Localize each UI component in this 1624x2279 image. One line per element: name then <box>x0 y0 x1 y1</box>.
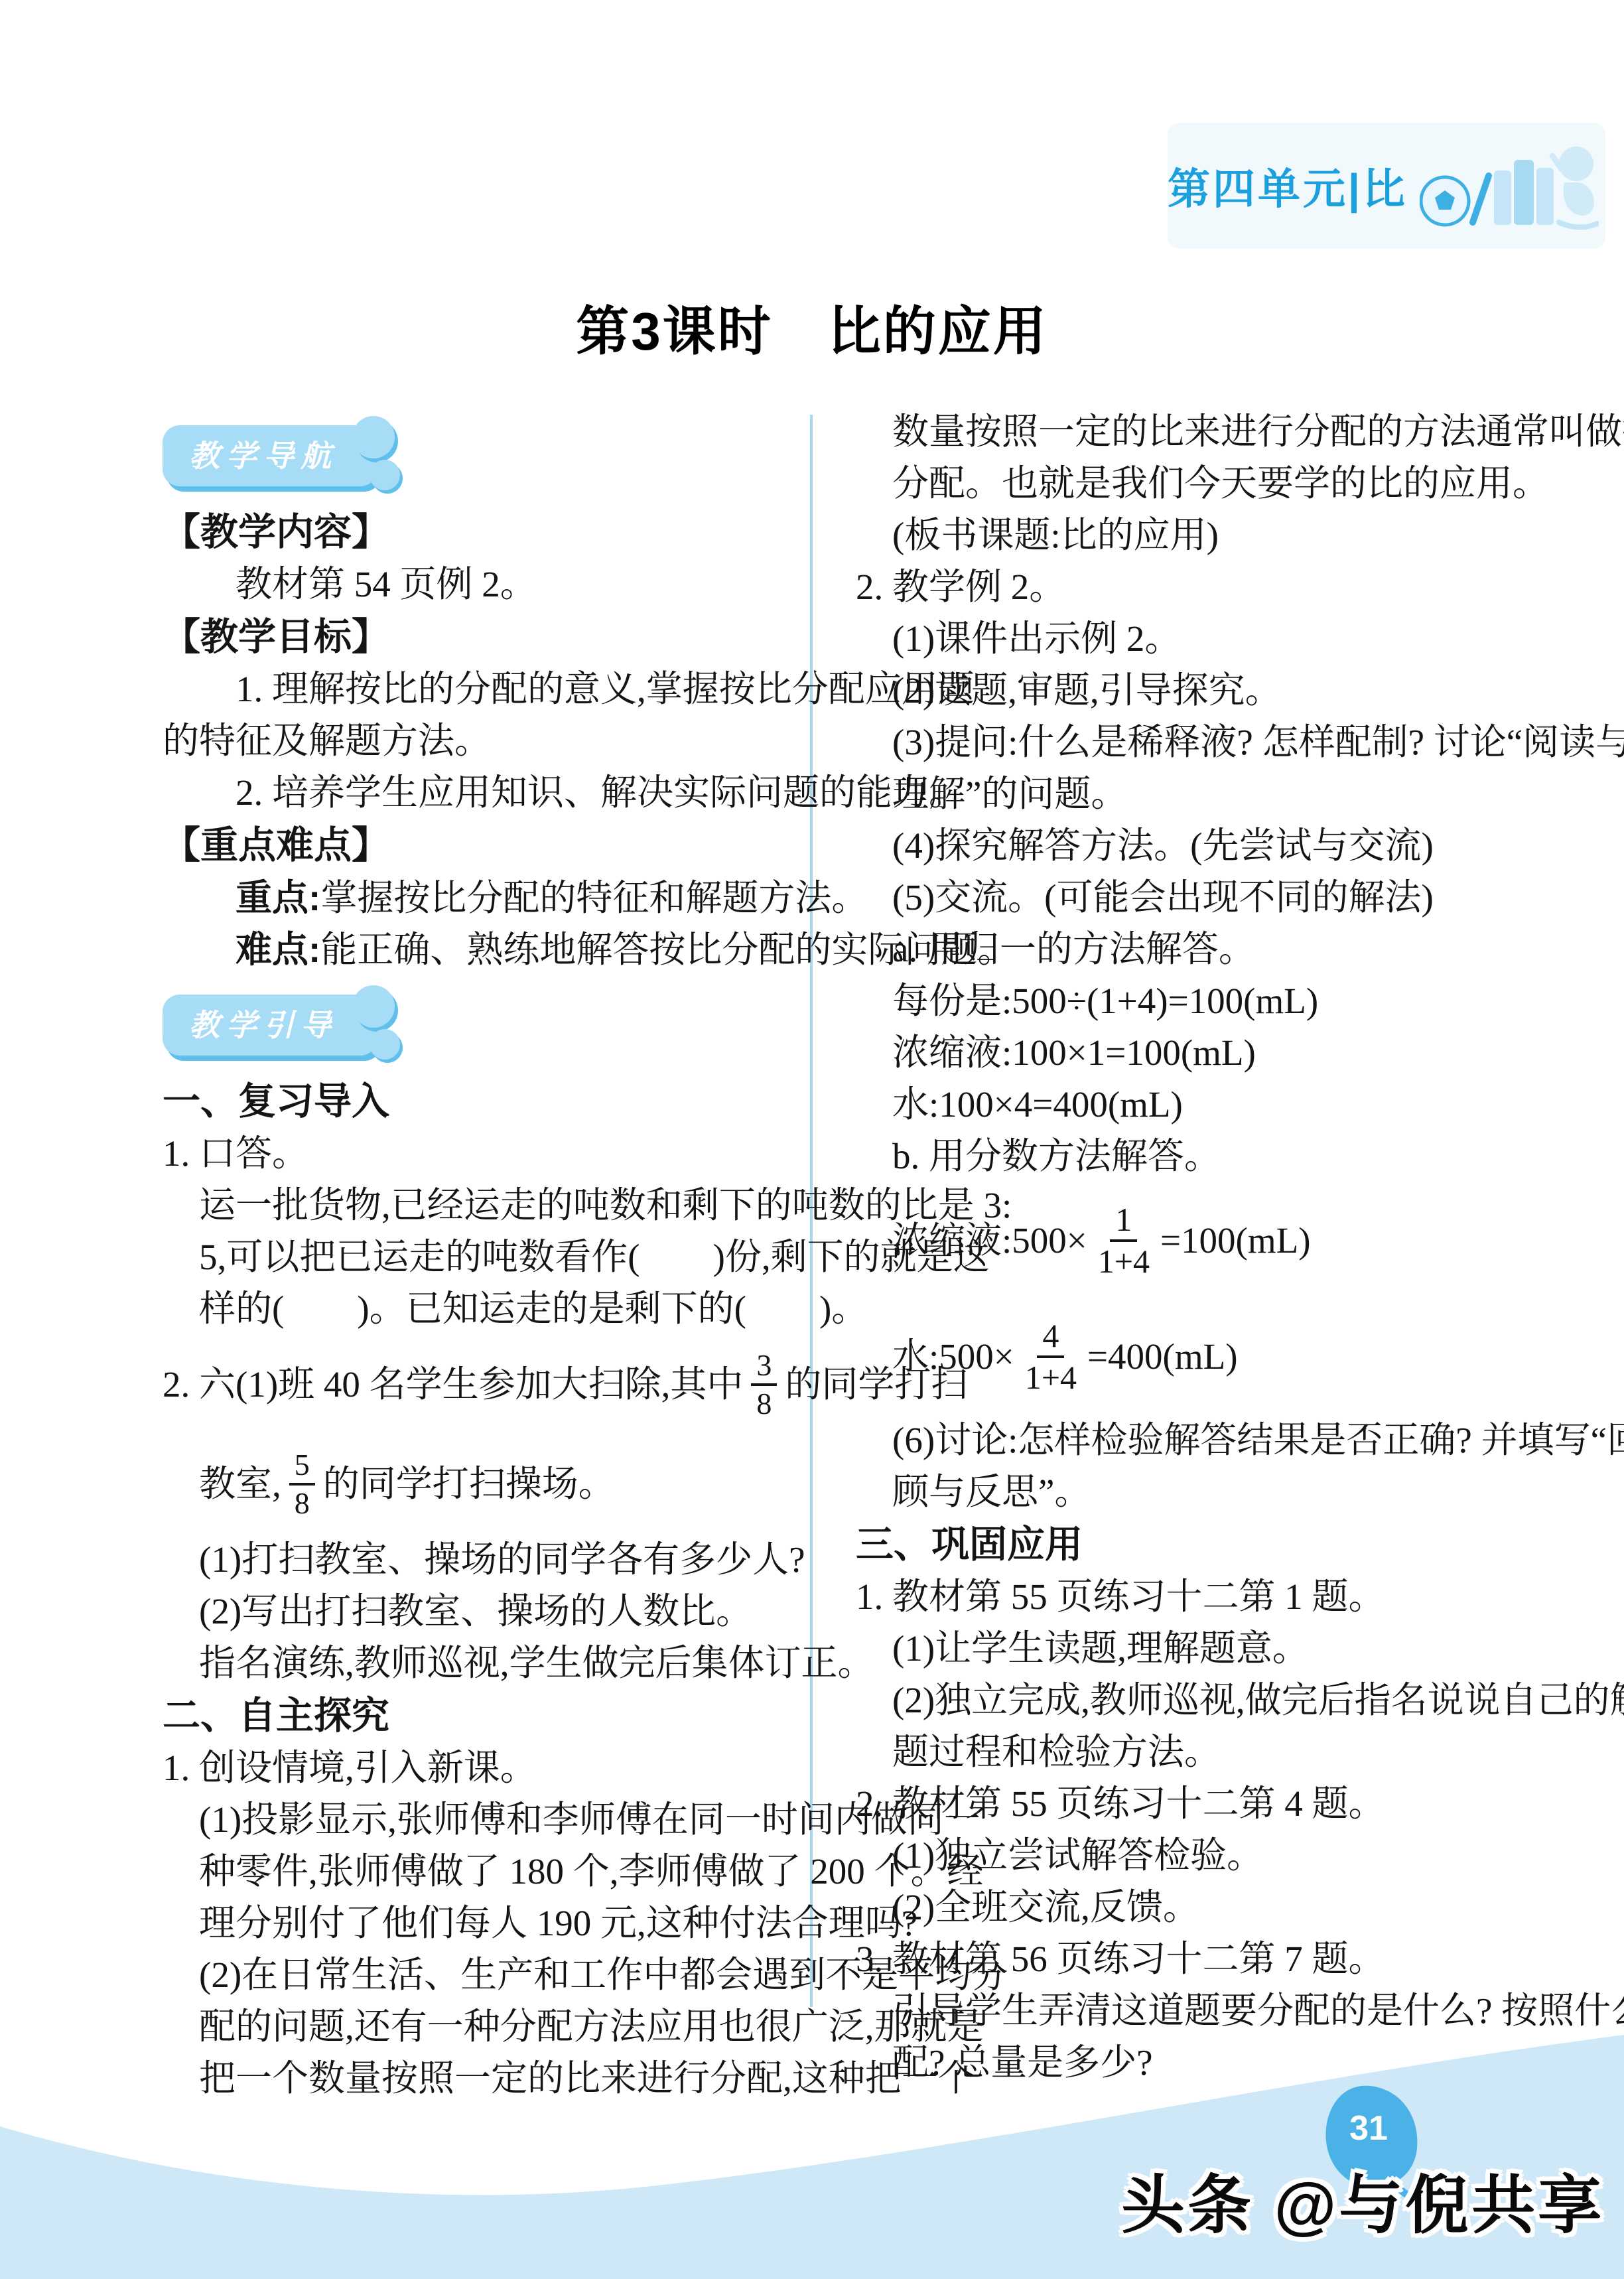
section-consolidation: 三、巩固应用 <box>856 1518 1473 1571</box>
heading-teaching-content: 【教学内容】 <box>163 506 783 559</box>
text-line: (2)写出打扫教室、操场的人数比。 <box>163 1586 783 1637</box>
difficulty-line: 难点:能正确、熟练地解答按比分配的实际问题。 <box>163 924 783 975</box>
text-line: 种零件,张师傅做了 180 个,李师傅做了 200 个。经 <box>163 1846 783 1898</box>
text-line-with-fraction: 2. 六(1)班 40 名学生参加大扫除,其中 38 的同学打扫 <box>163 1335 783 1434</box>
book-icon <box>1494 171 1511 225</box>
page-title: 第3课时 比的应用 <box>0 289 1624 365</box>
cartoon-character-icon <box>1559 147 1593 181</box>
pencil-icon <box>1473 176 1489 222</box>
text-line: 分配。也就是我们今天要学的比的应用。 <box>856 458 1473 510</box>
text-line: 运一批货物,已经运走的吨数和剩下的吨数的比是 3: <box>163 1180 783 1231</box>
text-line: 指名演练,教师巡视,学生做完后集体订正。 <box>163 1637 783 1689</box>
text-line: (1)独立尝试解答检验。 <box>856 1830 1473 1882</box>
badge-label: 教学导航 <box>189 439 338 473</box>
text-line: 2. 教材第 55 页练习十二第 4 题。 <box>856 1778 1473 1830</box>
text-line: 1. 教材第 55 页练习十二第 1 题。 <box>856 1571 1473 1623</box>
teaching-guide-badge: 教学引导 <box>163 975 783 1075</box>
text-line: 题过程和检验方法。 <box>856 1726 1473 1778</box>
text-line: 2. 培养学生应用知识、解决实际问题的能力。 <box>163 767 783 819</box>
text-line: (1)投影显示,张师傅和李师傅在同一时间内做同一 <box>163 1794 783 1846</box>
text-line: (1)打扫教室、操场的同学各有多少人? <box>163 1534 783 1586</box>
header-illustration-icon <box>1420 129 1599 242</box>
text-line: (2)在日常生活、生产和工作中都会遇到不是平均分 <box>163 1949 783 2001</box>
page-number: 31 <box>1319 2108 1418 2148</box>
heading-key-points: 【重点难点】 <box>163 819 783 872</box>
book-icon <box>1536 168 1554 225</box>
text-line: 1. 理解按比的分配的意义,掌握按比分配应用题 <box>163 663 783 715</box>
text-line: 2. 教学例 2。 <box>856 561 1473 613</box>
heading-teaching-goals: 【教学目标】 <box>163 610 783 663</box>
right-column: 数量按照一定的比来进行分配的方法通常叫做按比 分配。也就是我们今天要学的比的应用… <box>856 406 1473 2089</box>
text-line: (4)探究解答方法。(先尝试与交流) <box>856 820 1473 872</box>
formula-line-with-fraction: 水:500× 41+4 =400(mL) <box>856 1298 1473 1415</box>
left-column: 教学导航 【教学内容】 教材第 54 页例 2。 【教学目标】 1. 理解按比的… <box>163 406 783 2105</box>
difficulty-label: 难点: <box>236 929 320 970</box>
text-line-with-fraction: 教室, 58 的同学打扫操场。 <box>163 1434 783 1534</box>
text-line: 3. 教材第 56 页练习十二第 7 题。 <box>856 1933 1473 1985</box>
book-icon <box>1514 160 1534 225</box>
watermark-credit: 头条 @与倪共享 <box>1121 2155 1604 2246</box>
formula-line-with-fraction: 浓缩液:500× 11+4 =100(mL) <box>856 1182 1473 1298</box>
text-line: (2)独立完成,教师巡视,做完后指名说说自己的解 <box>856 1675 1473 1726</box>
section-self-exploration: 二、自主探究 <box>163 1689 783 1742</box>
text-line: (1)让学生读题,理解题意。 <box>856 1623 1473 1675</box>
text-line: 教材第 54 页例 2。 <box>163 559 783 610</box>
text-line: 的特征及解题方法。 <box>163 715 783 767</box>
text-line: b. 用分数方法解答。 <box>856 1131 1473 1182</box>
text-line: 顾与反思”。 <box>856 1466 1473 1518</box>
key-point-text: 掌握按比分配的特征和解题方法。 <box>320 878 868 918</box>
text-line: 样的( )。已知运走的是剩下的( )。 <box>163 1283 783 1335</box>
teaching-nav-badge: 教学导航 <box>163 406 783 506</box>
text-line: (1)课件出示例 2。 <box>856 613 1473 665</box>
page-header: 第四单元|比 <box>1168 123 1605 249</box>
text-line: 5,可以把已运走的吨数看作( )份,剩下的就是这 <box>163 1231 783 1283</box>
key-point-label: 重点: <box>236 877 320 918</box>
text-line: (5)交流。(可能会出现不同的解法) <box>856 872 1473 924</box>
text-line: (2)全班交流,反馈。 <box>856 1882 1473 1933</box>
text-line: (6)讨论:怎样检验解答结果是否正确? 并填写“回 <box>856 1415 1473 1466</box>
text-line: 理分别付了他们每人 190 元,这种付法合理吗? <box>163 1898 783 1949</box>
fraction-4-over-1plus4: 41+4 <box>1022 1316 1079 1397</box>
key-point-line: 重点:掌握按比分配的特征和解题方法。 <box>163 872 783 924</box>
text-line: 数量按照一定的比来进行分配的方法通常叫做按比 <box>856 406 1473 458</box>
formula-line: 水:100×4=400(mL) <box>856 1079 1473 1131</box>
fraction-1-over-1plus4: 11+4 <box>1095 1200 1152 1281</box>
lesson-plan-page: 第四单元|比 第3课时 比的应用 教学导航 【教学内容】 教材第 54 页 <box>0 0 1624 2279</box>
text-line: (2)读题,审题,引导探究。 <box>856 665 1473 717</box>
fraction-5-8: 58 <box>289 1447 315 1522</box>
text-line: a. 用归一的方法解答。 <box>856 924 1473 975</box>
text-line: 1. 创设情境,引入新课。 <box>163 1742 783 1794</box>
formula-line: 浓缩液:100×1=100(mL) <box>856 1027 1473 1079</box>
text-line: 理解”的问题。 <box>856 768 1473 820</box>
formula-line: 每份是:500÷(1+4)=100(mL) <box>856 975 1473 1027</box>
text-line: (板书课题:比的应用) <box>856 510 1473 561</box>
badge-label: 教学引导 <box>189 1008 338 1042</box>
text-line: 1. 口答。 <box>163 1128 783 1180</box>
fraction-3-8: 38 <box>751 1347 777 1422</box>
section-review-intro: 一、复习导入 <box>163 1075 783 1128</box>
unit-label: 第四单元|比 <box>1168 155 1408 216</box>
text-line: (3)提问:什么是稀释液? 怎样配制? 讨论“阅读与 <box>856 717 1473 768</box>
